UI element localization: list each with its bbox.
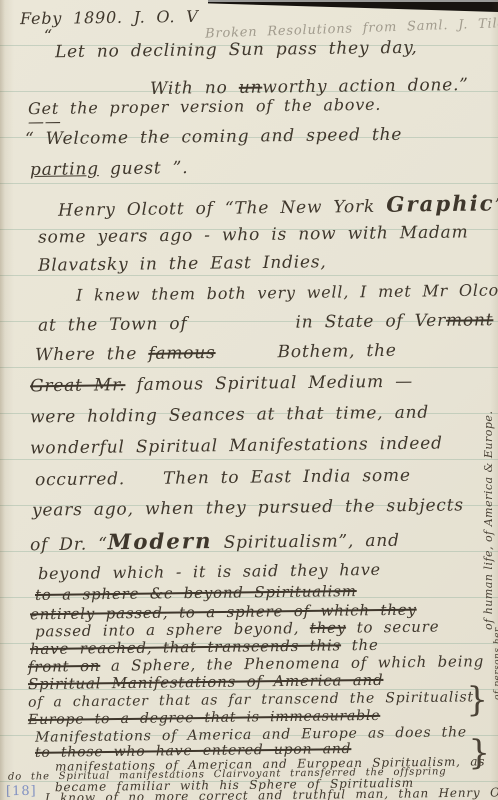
manuscript-line: were holding Seances at that time, and — [30, 405, 429, 427]
manuscript-text-segment: famous — [148, 343, 216, 364]
manuscript-line: wonderful Spiritual Manifestations indee… — [30, 435, 443, 457]
manuscript-text-segment: were holding Seances at that time, and — [30, 403, 429, 428]
manuscript-text-segment — [188, 328, 296, 329]
manuscript-text-segment: Henry Olcott of “The New York — [58, 197, 386, 221]
manuscript-line: parting guest ”. — [30, 160, 189, 179]
manuscript-line: Get the proper version of the above. — [28, 97, 381, 117]
manuscript-line: Blavatsky in the East Indies, — [38, 254, 327, 275]
manuscript-text-segment: Blavatsky in the East Indies, — [38, 252, 327, 276]
manuscript-text-segment: I knew them both very well, I met Mr Olc… — [76, 280, 498, 304]
manuscript-line: Europe to a degree that is immeasurable — [28, 709, 380, 727]
manuscript-text-segment: Modern — [108, 529, 213, 555]
manuscript-text-segment: “ — [44, 26, 53, 45]
manuscript-line: Henry Olcott of “The New York Graphic” — [58, 193, 498, 220]
manuscript-text-segment: to secure — [346, 618, 439, 637]
manuscript-text-segment: some years ago - who is now with Madam — [38, 222, 469, 247]
page-number: [18] — [6, 785, 37, 798]
pencil-annotation: Broken Resolutions from Saml. J. Tilden — [205, 16, 498, 40]
manuscript-line: —— — [28, 114, 62, 130]
manuscript-line: Spiritual Manifestations of America and — [28, 673, 384, 692]
manuscript-text-segment: to a sphere &c beyond Spiritualism — [35, 582, 357, 604]
manuscript-text-segment: Spiritualism”, and — [212, 531, 399, 553]
manuscript-text-segment: mont — [446, 310, 494, 331]
manuscript-page: Broken Resolutions from Saml. J. Tilden … — [0, 0, 498, 800]
manuscript-text-segment: famous Spiritual Medium — — [125, 372, 413, 396]
scan-artifact-band — [208, 0, 498, 12]
manuscript-text-segment: Spiritual Manifestations of America and — [28, 671, 384, 693]
margin-note: of human life, of America & Europe. — [482, 411, 495, 630]
manuscript-text-segment: front on — [28, 657, 101, 676]
manuscript-text-segment: wonderful Spiritual Manifestations indee… — [30, 433, 443, 458]
manuscript-text-segment: guest ”. — [99, 158, 189, 179]
manuscript-text-segment: occurred. — [35, 469, 125, 490]
manuscript-line: at the Town ofin State of Vermont — [38, 312, 494, 335]
margin-brace-bottom: } — [468, 733, 490, 773]
manuscript-text-segment: Feby 1890. J. O. V — [20, 7, 199, 28]
manuscript-line: I knew them both very well, I met Mr Olc… — [76, 282, 498, 303]
manuscript-text-segment: Let no declining Sun pass they day, — [55, 38, 418, 62]
manuscript-text-segment: Get the proper version of the above. — [28, 95, 381, 118]
manuscript-text-segment: Bothem, the — [277, 341, 396, 362]
manuscript-text-segment: of Dr. “ — [30, 534, 108, 555]
manuscript-text-segment — [216, 357, 278, 358]
manuscript-text-segment: Where the — [35, 344, 149, 365]
manuscript-text-segment: of a character that as far transcend the… — [28, 689, 474, 710]
manuscript-line: Feby 1890. J. O. V — [20, 9, 199, 27]
manuscript-text-segment: “ Welcome the coming and speed the — [25, 125, 402, 150]
manuscript-text-segment: at the Town of — [38, 314, 188, 336]
manuscript-line: passed into a sphere beyond, they to sec… — [35, 620, 440, 640]
margin-note: of persons her — [493, 627, 498, 700]
manuscript-line: beyond which - it is said they have — [38, 562, 381, 582]
manuscript-line: Great Mr. famous Spiritual Medium — — [30, 374, 413, 396]
manuscript-line: “ Welcome the coming and speed the — [25, 127, 402, 149]
manuscript-text-segment: years ago, when they pursued the subject… — [32, 495, 464, 520]
manuscript-text-segment: un — [239, 78, 263, 98]
manuscript-line: occurred.Then to East India some — [35, 468, 411, 490]
manuscript-text-segment: beyond which - it is said they have — [38, 560, 381, 583]
manuscript-text-segment: ” — [495, 195, 498, 215]
manuscript-line: of Dr. “Modern Spiritualism”, and — [30, 529, 400, 555]
manuscript-text-segment: they — [310, 619, 346, 637]
manuscript-line: “ — [44, 28, 53, 44]
manuscript-line: Where the famousBothem, the — [35, 343, 397, 364]
manuscript-text-segment: in State of Ver — [295, 311, 446, 333]
manuscript-line: Let no declining Sun pass they day, — [55, 40, 418, 61]
manuscript-line: years ago, when they pursued the subject… — [32, 497, 464, 519]
manuscript-text-segment: Then to East India some — [163, 466, 411, 489]
manuscript-line: some years ago - who is now with Madam — [38, 224, 469, 246]
manuscript-text-segment: Great Mr. — [30, 375, 126, 396]
margin-brace-top: } — [466, 680, 488, 720]
manuscript-text-segment: Graphic — [386, 191, 495, 217]
manuscript-text-segment: the — [341, 636, 379, 654]
manuscript-line: of a character that as far transcend the… — [28, 690, 474, 709]
manuscript-text-segment: parting — [30, 159, 99, 180]
manuscript-line: to a sphere &c beyond Spiritualism — [35, 584, 357, 603]
